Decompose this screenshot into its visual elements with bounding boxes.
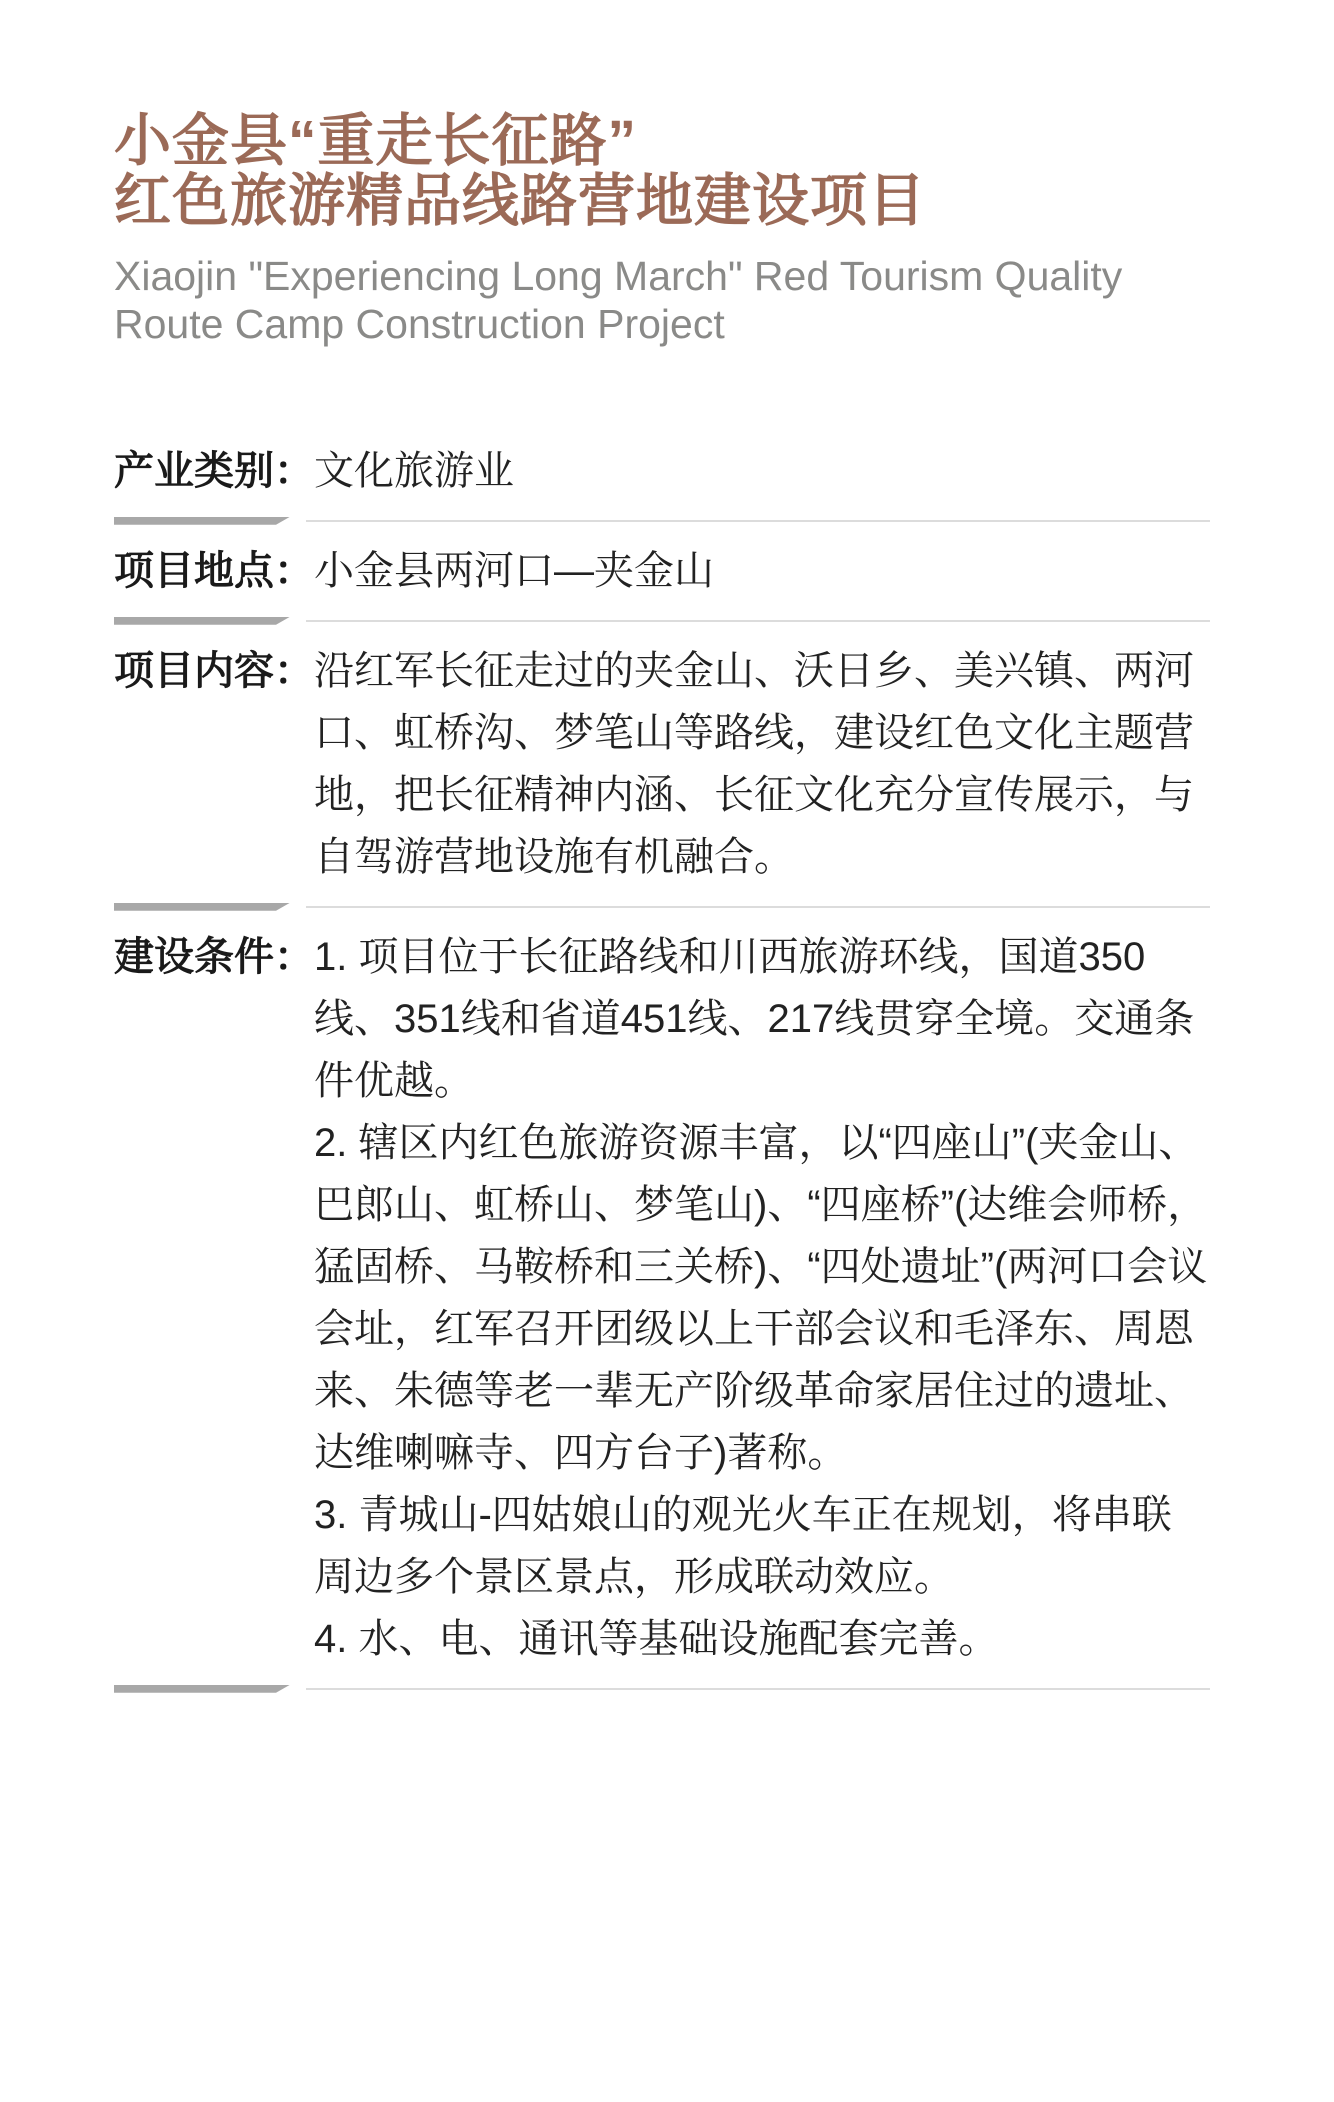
field-row-construction-conditions: 建设条件： 1. 项目位于长征路线和川西旅游环线，国道350线、351线和省道4…: [114, 926, 1210, 1670]
page-title-cn: 小金县“重走长征路” 红色旅游精品线路营地建设项目: [114, 112, 1210, 232]
field-value-project-location: 小金县两河口—夹金山: [314, 540, 1210, 602]
field-value-project-content: 沿红军长征走过的夹金山、沃日乡、美兴镇、两河口、虹桥沟、梦笔山等路线，建设红色文…: [314, 640, 1210, 888]
divider-rule-line: [306, 620, 1210, 622]
field-row-project-location: 项目地点： 小金县两河口—夹金山: [114, 540, 1210, 602]
divider-rule-line: [306, 906, 1210, 908]
field-label-project-location: 项目地点：: [114, 540, 314, 602]
section-divider: [114, 1685, 1210, 1693]
paragraph-condition-2: 2. 辖区内红色旅游资源丰富，以“四座山”(夹金山、巴郎山、虹桥山、梦笔山)、“…: [314, 1112, 1210, 1484]
paragraph: 小金县两河口—夹金山: [314, 540, 1210, 602]
project-sheet: 小金县“重走长征路” 红色旅游精品线路营地建设项目 Xiaojin "Exper…: [0, 0, 1334, 2102]
page-title-cn-line1: 小金县“重走长征路”: [114, 109, 637, 173]
paragraph: 沿红军长征走过的夹金山、沃日乡、美兴镇、两河口、虹桥沟、梦笔山等路线，建设红色文…: [314, 640, 1210, 888]
paragraph-condition-4: 4. 水、电、通讯等基础设施配套完善。: [314, 1608, 1210, 1670]
divider-accent-bar: [114, 617, 290, 625]
divider-rule-line: [306, 1688, 1210, 1690]
section-divider: [114, 903, 1210, 911]
field-label-project-content: 项目内容：: [114, 640, 314, 702]
section-divider: [114, 617, 1210, 625]
divider-accent-bar: [114, 903, 290, 911]
field-row-industry-category: 产业类别： 文化旅游业: [114, 440, 1210, 502]
paragraph-condition-1: 1. 项目位于长征路线和川西旅游环线，国道350线、351线和省道451线、21…: [314, 926, 1210, 1112]
page-title-cn-line2: 红色旅游精品线路营地建设项目: [114, 169, 926, 233]
divider-accent-bar: [114, 1685, 290, 1693]
field-value-industry-category: 文化旅游业: [314, 440, 1210, 502]
field-label-construction-conditions: 建设条件：: [114, 926, 314, 988]
field-row-project-content: 项目内容： 沿红军长征走过的夹金山、沃日乡、美兴镇、两河口、虹桥沟、梦笔山等路线…: [114, 640, 1210, 888]
divider-rule-line: [306, 520, 1210, 522]
paragraph: 文化旅游业: [314, 440, 1210, 502]
field-value-construction-conditions: 1. 项目位于长征路线和川西旅游环线，国道350线、351线和省道451线、21…: [314, 926, 1210, 1670]
divider-accent-bar: [114, 517, 290, 525]
field-label-industry-category: 产业类别：: [114, 440, 314, 502]
paragraph-condition-3: 3. 青城山-四姑娘山的观光火车正在规划，将串联周边多个景区景点，形成联动效应。: [314, 1484, 1210, 1608]
section-divider: [114, 517, 1210, 525]
page-title-en: Xiaojin "Experiencing Long March" Red To…: [114, 252, 1154, 348]
